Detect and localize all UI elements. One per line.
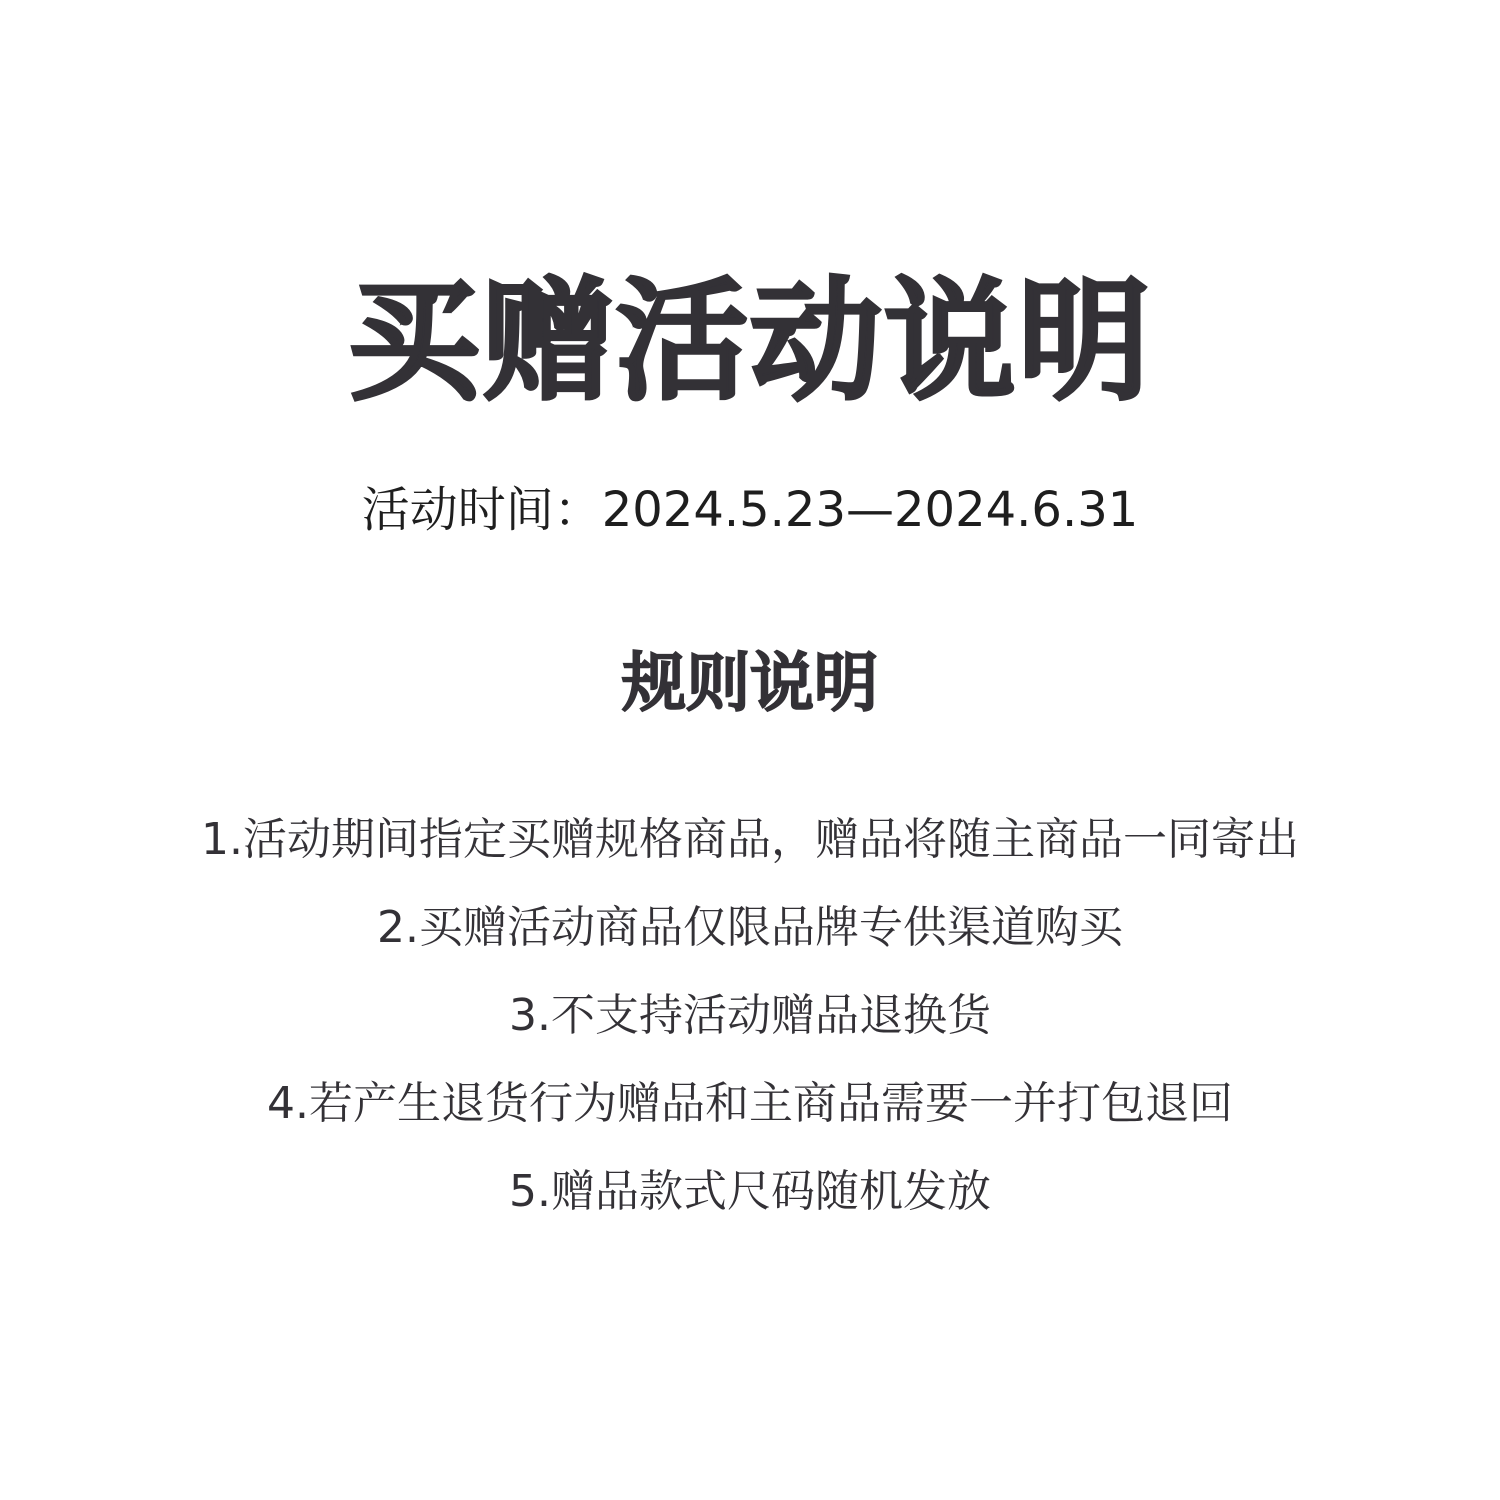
rule-item: 5.赠品款式尺码随机发放	[0, 1162, 1500, 1250]
rule-item: 1.活动期间指定买赠规格商品，赠品将随主商品一同寄出	[0, 810, 1500, 898]
rules-list: 1.活动期间指定买赠规格商品，赠品将随主商品一同寄出 2.买赠活动商品仅限品牌专…	[0, 810, 1500, 1250]
rule-item: 3.不支持活动赠品退换货	[0, 986, 1500, 1074]
rules-heading: 规则说明	[0, 644, 1500, 724]
activity-period: 活动时间：2024.5.23—2024.6.31	[0, 478, 1500, 542]
activity-period-label: 活动时间：	[362, 482, 602, 538]
page-title: 买赠活动说明	[0, 262, 1500, 422]
activity-period-range: 2024.5.23—2024.6.31	[602, 482, 1139, 538]
promotion-notice-page: 买赠活动说明 活动时间：2024.5.23—2024.6.31 规则说明 1.活…	[0, 0, 1500, 1500]
rule-item: 4.若产生退货行为赠品和主商品需要一并打包退回	[0, 1074, 1500, 1162]
rule-item: 2.买赠活动商品仅限品牌专供渠道购买	[0, 898, 1500, 986]
